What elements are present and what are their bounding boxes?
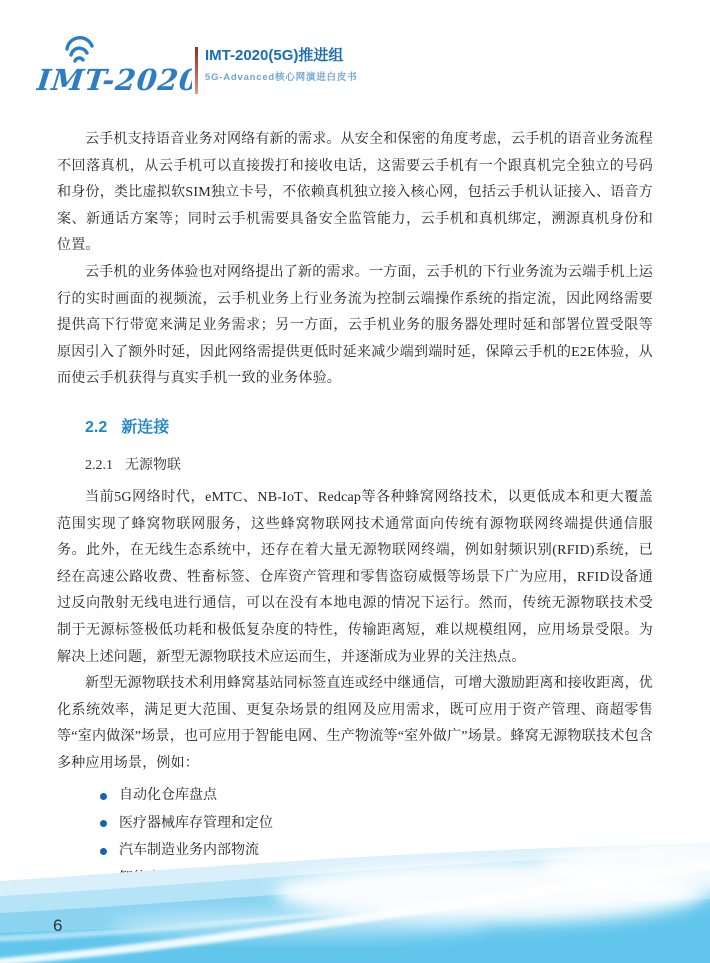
logo-wordmark: IMT-2020: [36, 63, 192, 97]
bullet-dot-icon: [100, 793, 107, 800]
doc-subtitle: 5G-Advanced核心网演进白皮书: [205, 69, 357, 83]
page-number: 6: [53, 916, 62, 936]
list-item-label: 自动化仓库盘点: [119, 782, 217, 810]
subsection-heading: 2.2.1无源物联: [85, 454, 653, 474]
page-body: 云手机支持语音业务对网络有新的需求。从安全和保密的角度考虑，云手机的语音业务流程…: [57, 127, 653, 947]
paragraph-cloud-phone-voice: 云手机支持语音业务对网络有新的需求。从安全和保密的角度考虑，云手机的语音业务流程…: [57, 127, 653, 260]
imt2020-logo: IMT-2020: [36, 34, 192, 100]
list-item: 医疗器械库存管理和定位: [100, 810, 653, 838]
paragraph-passive-iot-new-tech: 新型无源物联技术利用蜂窝基站同标签直连或经中继通信，可增大激励距离和接收距离，优…: [57, 671, 653, 777]
list-item: 自动化仓库盘点: [100, 782, 653, 810]
section-title: 新连接: [121, 419, 169, 436]
paragraph-passive-iot-background: 当前5G网络时代，eMTC、NB-IoT、Redcap等各种蜂窝网络技术，以更低…: [57, 485, 653, 671]
section-number: 2.2: [85, 419, 107, 436]
wifi-arcs-icon: [67, 38, 92, 61]
paragraph-cloud-phone-experience: 云手机的业务体验也对网络提出了新的需求。一方面，云手机的下行业务流为云端手机上运…: [57, 260, 653, 393]
document-page: IMT-2020 IMT-2020(5G)推进组 5G-Advanced核心网演…: [0, 0, 710, 963]
subsection-title: 无源物联: [125, 458, 181, 473]
org-title: IMT-2020(5G)推进组: [205, 46, 357, 65]
footer-wave-decoration: [0, 841, 710, 963]
subsection-number: 2.2.1: [85, 458, 113, 473]
header-divider: [195, 47, 198, 94]
bullet-dot-icon: [100, 820, 107, 827]
list-item-label: 医疗器械库存管理和定位: [119, 810, 273, 838]
section-heading: 2.2新连接: [85, 414, 653, 437]
header-titles: IMT-2020(5G)推进组 5G-Advanced核心网演进白皮书: [205, 46, 357, 83]
